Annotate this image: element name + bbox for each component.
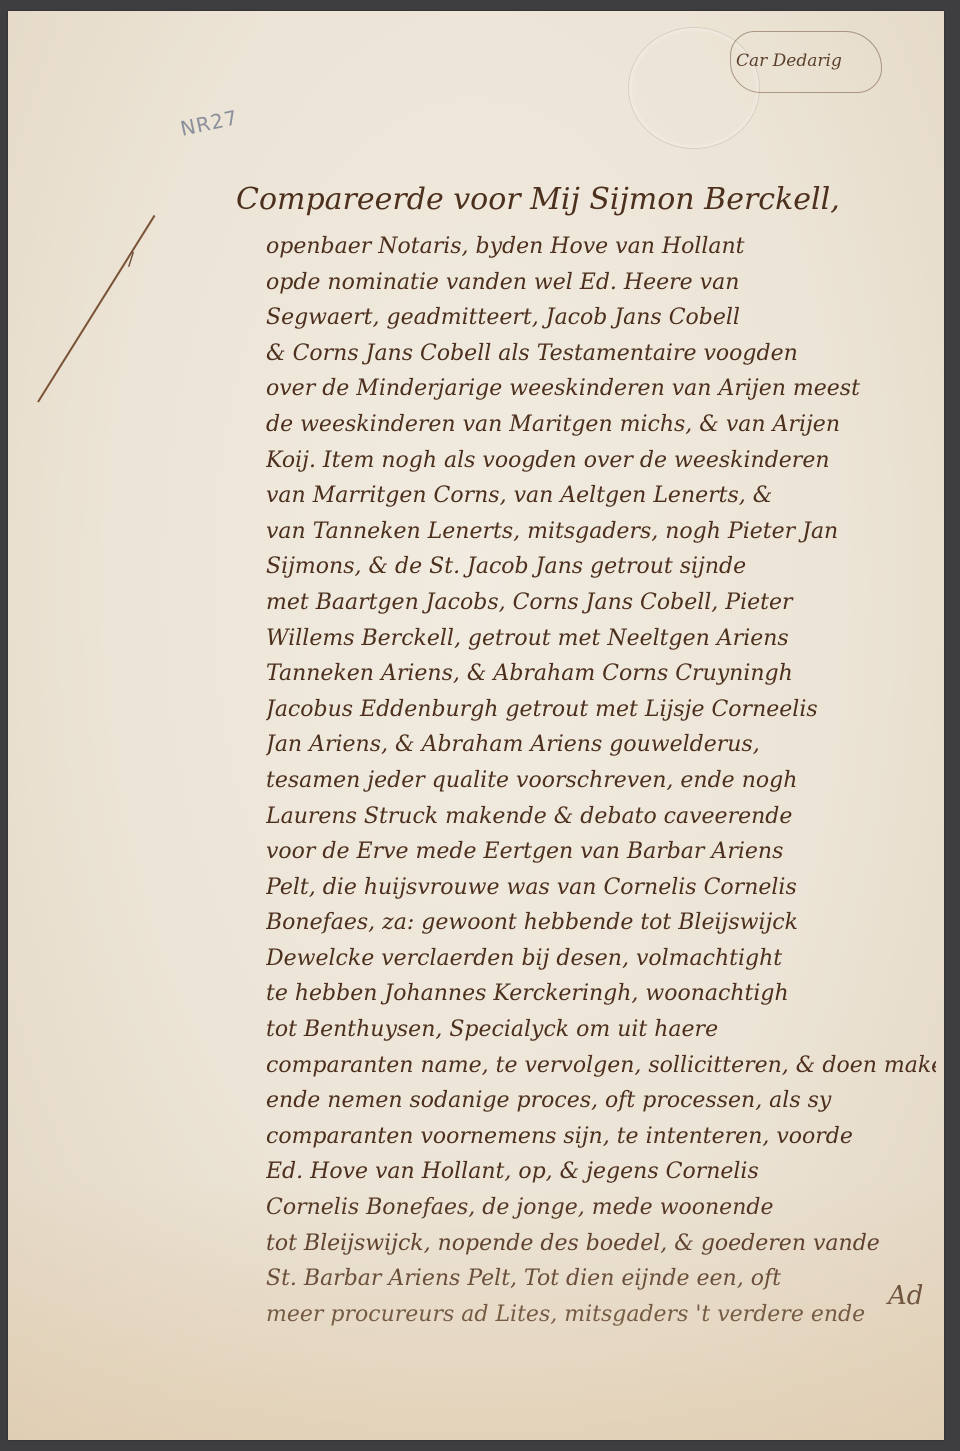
text-line: comparanten voornemens sijn, te intenter… xyxy=(266,1119,936,1155)
margin-stroke xyxy=(37,215,155,403)
text-line: Jan Ariens, & Abraham Ariens gouwelderus… xyxy=(266,727,936,763)
text-line: Jacobus Eddenburgh getrout met Lijsje Co… xyxy=(266,692,936,728)
text-line: comparanten name, te vervolgen, sollicit… xyxy=(266,1048,936,1084)
margin-mark: / xyxy=(128,249,134,270)
closing-mark: Ad xyxy=(888,1281,923,1311)
deed-text: Compareerde voor Mij Sijmon Berckell, op… xyxy=(266,171,936,1332)
text-line: tot Bleijswijck, nopende des boedel, & g… xyxy=(266,1226,936,1262)
archive-number: NR27 xyxy=(178,105,240,141)
text-line: Sijmons, & de St. Jacob Jans getrout sij… xyxy=(266,549,936,585)
text-line: te hebben Johannes Kerckeringh, woonacht… xyxy=(266,976,936,1012)
manuscript-page: Car Dedarig NR27 / Compareerde voor Mij … xyxy=(8,11,944,1440)
text-line: voor de Erve mede Eertgen van Barbar Ari… xyxy=(266,834,936,870)
text-line: met Baartgen Jacobs, Corns Jans Cobell, … xyxy=(266,585,936,621)
text-line: Willems Berckell, getrout met Neeltgen A… xyxy=(266,621,936,657)
text-line: opde nominatie vanden wel Ed. Heere van xyxy=(266,265,936,301)
text-line: Koij. Item nogh als voogden over de wees… xyxy=(266,443,936,479)
text-line: Tanneken Ariens, & Abraham Corns Cruynin… xyxy=(266,656,936,692)
text-line: St. Barbar Ariens Pelt, Tot dien eijnde … xyxy=(266,1261,936,1297)
text-line: ende nemen sodanige proces, oft processe… xyxy=(266,1083,936,1119)
text-line: Pelt, die huijsvrouwe was van Cornelis C… xyxy=(266,870,936,906)
text-line: Segwaert, geadmitteert, Jacob Jans Cobel… xyxy=(266,300,936,336)
text-line: meer procureurs ad Lites, mitsgaders 't … xyxy=(266,1297,936,1333)
text-line: tot Benthuysen, Specialyck om uit haere xyxy=(266,1012,936,1048)
text-line: de weeskinderen van Maritgen michs, & va… xyxy=(266,407,936,443)
text-line: Bonefaes, za: gewoont hebbende tot Bleij… xyxy=(266,905,936,941)
text-line-opening: Compareerde voor Mij Sijmon Berckell, xyxy=(236,171,936,229)
text-line: Dewelcke verclaerden bij desen, volmacht… xyxy=(266,941,936,977)
text-line: Cornelis Bonefaes, de jonge, mede woonen… xyxy=(266,1190,936,1226)
text-line: Laurens Struck makende & debato caveeren… xyxy=(266,799,936,835)
text-line: openbaer Notaris, byden Hove van Hollant xyxy=(266,229,936,265)
corner-annotation: Car Dedarig xyxy=(736,51,842,71)
text-line: van Marritgen Corns, van Aeltgen Lenerts… xyxy=(266,478,936,514)
text-line: tesamen jeder qualite voorschreven, ende… xyxy=(266,763,936,799)
text-line: van Tanneken Lenerts, mitsgaders, nogh P… xyxy=(266,514,936,550)
text-line: over de Minderjarige weeskinderen van Ar… xyxy=(266,371,936,407)
text-line: & Corns Jans Cobell als Testamentaire vo… xyxy=(266,336,936,372)
text-line: Ed. Hove van Hollant, op, & jegens Corne… xyxy=(266,1154,936,1190)
